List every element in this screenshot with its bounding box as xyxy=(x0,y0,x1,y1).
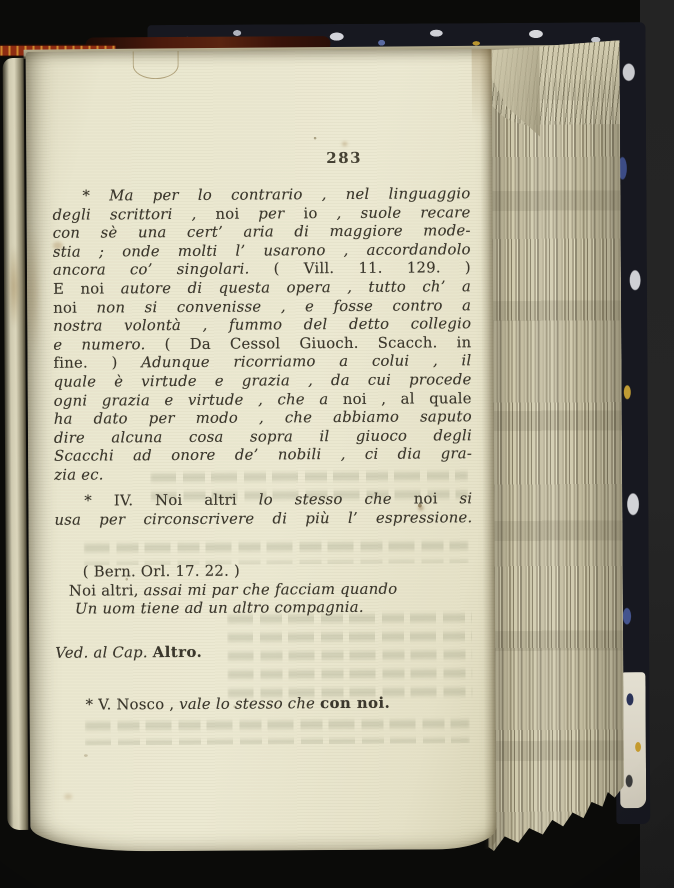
text-segment: vale lo stesso che xyxy=(179,695,320,713)
text-line: zia ec. xyxy=(54,464,472,485)
text-segment: ogni grazia e virtude , che a xyxy=(54,390,343,409)
facing-page-gutter-edge xyxy=(3,58,29,830)
text-segment: per xyxy=(239,205,303,222)
text-segment: ha dato per modo , che abbiamo saputo xyxy=(54,408,472,428)
gutter-foxing-stain xyxy=(8,244,21,330)
text-segment: dire alcuna cosa sopra il giuoco degli xyxy=(54,427,472,447)
photo-stage: 283 * Ma per lo contrario , nel linguagg… xyxy=(0,0,674,888)
text-line: Scacchi ad onore de’ nobili , ci dia gra… xyxy=(54,445,472,466)
text-segment: Adunque ricorriamo a colui , il xyxy=(141,353,471,372)
text-segment: ( Bern. Orl. 17. 22. ) xyxy=(83,563,240,581)
text-line: E noi autore di questa opera , tutto ch’… xyxy=(53,278,471,299)
paragraph-cross-reference: Ved. al Cap. Altro. xyxy=(55,642,473,663)
paragraph-quote-bern-orl: ( Bern. Orl. 17. 22. )Noi altri, assai m… xyxy=(55,561,473,619)
text-segment: non si convenisse , e fosse contro a xyxy=(96,297,471,316)
text-segment: zia ec. xyxy=(54,466,104,483)
text-segment: * xyxy=(82,187,109,204)
text-line: noi non si convenisse , e fosse contro a xyxy=(53,297,471,318)
text-line: quale è virtude e grazia , da cui proced… xyxy=(54,371,472,392)
text-segment: Un uom tiene ad un altro compagnia. xyxy=(75,599,364,618)
text-line: Un uom tiene ad un altro compagnia. xyxy=(55,598,473,619)
text-segment: Altro. xyxy=(153,644,203,661)
text-block: * Ma per lo contrario , nel linguaggiode… xyxy=(52,49,475,852)
text-segment: ancora co’ singolari. xyxy=(53,261,274,279)
text-segment: quale è virtude e grazia , da cui proced… xyxy=(54,371,472,391)
text-line: stia ; onde molti l’ usarono , accordand… xyxy=(53,241,471,262)
text-segment: Ma per lo contrario , nel linguaggio xyxy=(109,185,470,204)
text-line: Ved. al Cap. Altro. xyxy=(55,642,473,663)
text-segment: usa per circonscrivere di più l’ espress… xyxy=(54,509,472,529)
text-line: * Ma per lo contrario , nel linguaggio xyxy=(52,185,470,206)
text-segment: * IV. Noi altri xyxy=(84,491,259,509)
paragraph-entry-ma-per-lo-contrario: * Ma per lo contrario , nel linguaggiode… xyxy=(52,185,472,485)
text-segment: assai mi par che facciam quando xyxy=(144,580,398,599)
fore-edge-page-stack xyxy=(484,40,625,851)
text-line: e numero. ( Da Cessol Giuoch. Scacch. in xyxy=(53,334,471,355)
text-segment: io xyxy=(303,205,317,222)
text-segment: autore di questa opera , tutto ch’ a xyxy=(121,278,471,297)
text-line: ( Bern. Orl. 17. 22. ) xyxy=(55,561,473,582)
text-segment: Noi altri, xyxy=(69,582,144,599)
text-segment: con noi. xyxy=(320,695,390,712)
text-segment: nostra volontà , fummo del detto collegi… xyxy=(53,315,471,335)
text-segment: , suole recare xyxy=(318,204,471,222)
text-line: degli scrittori , noi per io , suole rec… xyxy=(53,204,471,225)
text-line: Noi altri, assai mi par che facciam quan… xyxy=(55,580,473,601)
text-segment: con sè una cert’ aria di maggiore mode- xyxy=(53,222,471,242)
text-segment: stia ; onde molti l’ usarono , accordand… xyxy=(53,241,471,261)
text-segment: lo stesso che xyxy=(259,491,414,509)
text-line: fine. ) Adunque ricorriamo a colui , il xyxy=(53,353,471,374)
text-line: * IV. Noi altri lo stesso che noi si xyxy=(54,490,472,511)
text-segment: noi xyxy=(53,299,96,316)
gutter-stain xyxy=(27,222,40,362)
text-segment: Scacchi ad onore de’ nobili , ci dia gra… xyxy=(54,445,472,465)
text-line: dire alcuna cosa sopra il giuoco degli xyxy=(54,427,472,448)
text-line: * V. Nosco , vale lo stesso che con noi. xyxy=(56,694,474,715)
open-book: 283 * Ma per lo contrario , nel linguagg… xyxy=(0,0,674,888)
text-line: usa per circonscrivere di più l’ espress… xyxy=(54,509,472,530)
text-segment: E noi xyxy=(53,280,121,297)
book-page: 283 * Ma per lo contrario , nel linguagg… xyxy=(26,49,497,852)
text-segment: ( Vill. 11. 129. ) xyxy=(274,260,471,278)
text-segment: noi , al quale xyxy=(343,390,472,408)
text-line: ha dato per modo , che abbiamo saputo xyxy=(54,408,472,429)
text-segment: * V. Nosco , xyxy=(86,696,180,714)
text-segment: e numero. xyxy=(53,336,164,354)
text-segment: ( Da Cessol Giuoch. Scacch. in xyxy=(165,334,472,353)
page-corner-tinge xyxy=(472,49,493,159)
text-line: nostra volontà , fummo del detto collegi… xyxy=(53,315,471,336)
text-line: ogni grazia e virtude , che a noi , al q… xyxy=(54,390,472,411)
text-segment: noi xyxy=(414,490,438,507)
text-segment: Ved. al Cap. xyxy=(55,644,153,662)
text-segment: degli scrittori , xyxy=(53,205,216,223)
text-line: ancora co’ singolari. ( Vill. 11. 129. ) xyxy=(53,260,471,281)
text-segment: si xyxy=(438,490,473,507)
paragraph-entry-v-nosco: * V. Nosco , vale lo stesso che con noi. xyxy=(56,694,474,715)
paragraph-entry-iv-noi-altri: * IV. Noi altri lo stesso che noi siusa … xyxy=(54,490,472,530)
text-segment: noi xyxy=(215,205,239,222)
text-segment: fine. ) xyxy=(53,355,141,373)
text-line: con sè una cert’ aria di maggiore mode- xyxy=(53,222,471,243)
